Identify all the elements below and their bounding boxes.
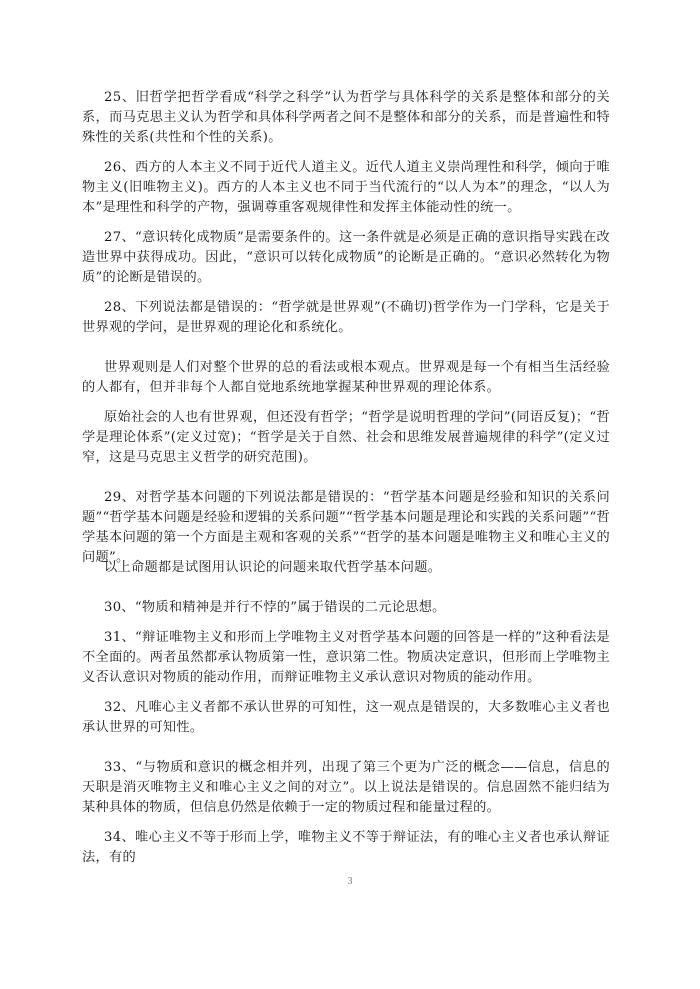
paragraph-28: 28、下列说法都是错误的：“哲学就是世界观”(不确切)哲学作为一门学科，它是关于… <box>82 298 610 338</box>
paragraph-34: 34、唯心主义不等于形而上学，唯物主义不等于辩证法，有的唯心主义者也承认辩证法，… <box>82 828 610 868</box>
paragraph-25: 25、旧哲学把哲学看成“科学之科学”认为哲学与具体科学的关系是整体和部分的关系，… <box>82 88 610 148</box>
paragraph-28-worldview: 世界观则是人们对整个世界的总的看法或根本观点。世界观是每一个有相当生活经验的人都… <box>82 358 610 398</box>
paragraph-29-summary: 以上命题都是试图用认识论的问题来取代哲学基本问题。 <box>82 558 610 578</box>
paragraph-27: 27、“意识转化成物质”是需要条件的。这一条件就是必须是正确的意识指导实践在改造… <box>82 228 610 288</box>
paragraph-29: 29、对哲学基本问题的下列说法都是错误的：“哲学基本问题是经验和知识的关系问题”… <box>82 488 610 568</box>
paragraph-30: 30、“物质和精神是并行不悖的”属于错误的二元论思想。 <box>82 598 610 618</box>
paragraph-26: 26、西方的人本主义不同于近代人道主义。近代人道主义崇尚理性和科学，倾向于唯物主… <box>82 158 610 218</box>
paragraph-31: 31、“辩证唯物主义和形而上学唯物主义对哲学基本问题的回答是一样的”这种看法是不… <box>82 628 610 688</box>
paragraph-32: 32、凡唯心主义者都不承认世界的可知性，这一观点是错误的，大多数唯心主义者也承认… <box>82 698 610 738</box>
paragraph-33: 33、“与物质和意识的概念相并列，出现了第三个更为广泛的概念——信息，信息的天职… <box>82 758 610 818</box>
paragraph-28-primitive-society: 原始社会的人也有世界观，但还没有哲学；“哲学是说明哲理的学问”(同语反复)；“哲… <box>82 408 610 468</box>
page-number: 3 <box>0 876 700 887</box>
document-page: 25、旧哲学把哲学看成“科学之科学”认为哲学与具体科学的关系是整体和部分的关系，… <box>0 0 700 989</box>
